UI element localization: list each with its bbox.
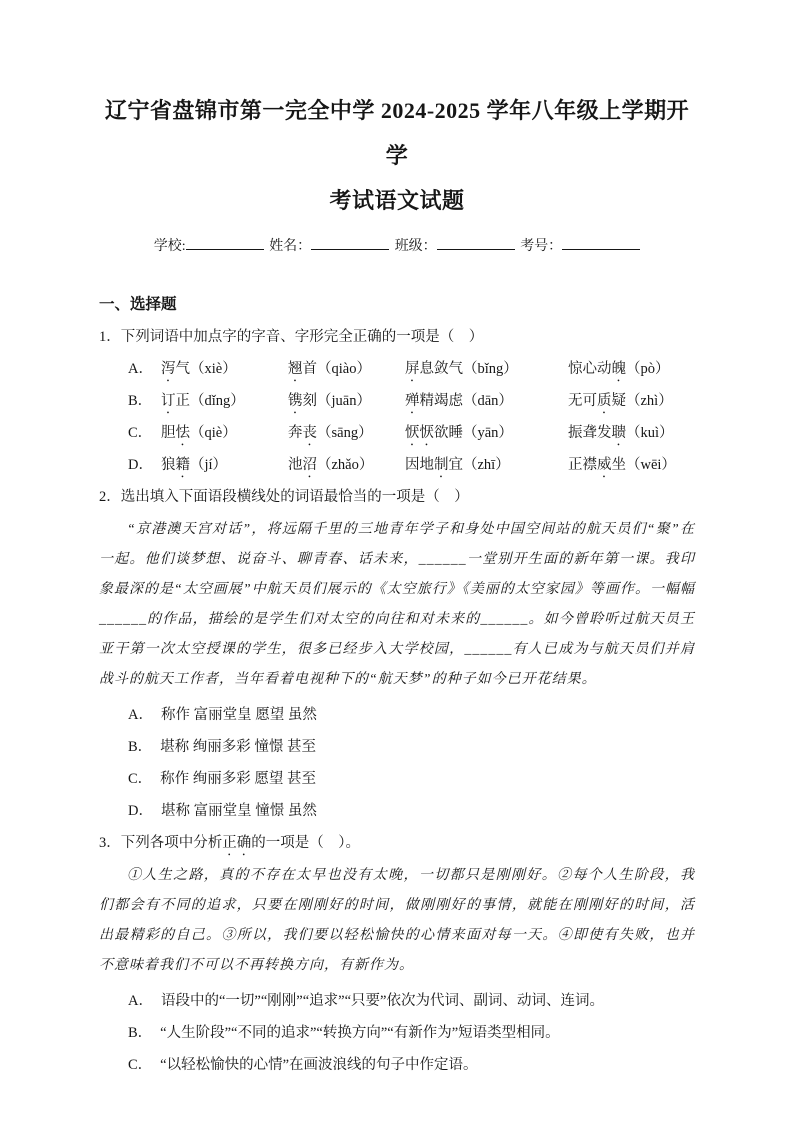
option-word: 池沼（zhǎo）	[288, 449, 405, 481]
question-3-stem: 3．下列各项中分析正确的一项是（ ）。	[99, 827, 695, 859]
question-2-option-b: B．堪称 绚丽多彩 憧憬 甚至	[99, 731, 695, 763]
option-text: 称作 绚丽多彩 愿望 甚至	[160, 771, 316, 787]
name-blank	[311, 235, 389, 250]
question-3-passage: ①人生之路，真的不存在太早也没有太晚，一切都只是刚刚好。②每个人生阶段，我们都会…	[99, 861, 695, 981]
option-label: A．	[128, 699, 153, 731]
school-field: 学校:	[154, 239, 264, 254]
option-word: 正襟威坐（wēi）	[568, 449, 695, 481]
question-2-stem: 2．选出填入下面语段横线处的词语最恰当的一项是（ ）	[99, 481, 695, 513]
option-word: 振聋发聩（kuì）	[568, 417, 695, 449]
option-text: 称作 富丽堂皇 愿望 虽然	[161, 707, 317, 723]
option-word: 屏息敛气（bǐng）	[405, 353, 568, 385]
student-info-line: 学校: 姓名： 班级： 考号：	[99, 235, 695, 259]
name-field: 姓名：	[269, 239, 389, 254]
option-label: C．	[128, 417, 161, 449]
option-word: 泻气（xiè）	[161, 353, 288, 385]
class-label: 班级：	[395, 239, 437, 254]
section-heading: 一、选择题	[99, 289, 695, 321]
exam-title-line2: 考试语文试题	[329, 188, 464, 213]
option-word: 订正（dǐng）	[161, 385, 288, 417]
option-label: A．	[128, 353, 161, 385]
option-text: 堪称 富丽堂皇 憧憬 虽然	[161, 803, 317, 819]
option-text: “人生阶段”“不同的追求”“转换方向”“有新作为”短语类型相同。	[160, 1025, 559, 1041]
option-label: C．	[128, 1049, 152, 1081]
option-word: 无可质疑（zhì）	[568, 385, 695, 417]
option-word: 恹恹欲睡（yān）	[405, 417, 568, 449]
question-1-stem: 1．下列词语中加点字的字音、字形完全正确的一项是（ ）	[99, 321, 695, 353]
school-label: 学校:	[154, 239, 186, 254]
option-label: B．	[128, 731, 152, 763]
class-blank	[437, 235, 515, 250]
exam-title: 辽宁省盘锦市第一完全中学 2024-2025 学年八年级上学期开学 考试语文试题	[99, 88, 695, 223]
option-label: D．	[128, 795, 153, 827]
question-3-option-b: B．“人生阶段”“不同的追求”“转换方向”“有新作为”短语类型相同。	[99, 1017, 695, 1049]
option-label: C．	[128, 763, 152, 795]
exam-number-field: 考号：	[520, 239, 640, 254]
class-field: 班级：	[395, 239, 515, 254]
option-label: B．	[128, 1017, 152, 1049]
question-1-option-d: D． 狼籍（jí） 池沼（zhǎo） 因地制宜（zhī） 正襟威坐（wēi）	[99, 449, 695, 481]
question-1-option-b: B． 订正（dǐng） 镌刻（juān） 殚精竭虑（dān） 无可质疑（zhì）	[99, 385, 695, 417]
question-2-option-d: D．堪称 富丽堂皇 憧憬 虽然	[99, 795, 695, 827]
question-3-option-c: C．“以轻松愉快的心情”在画波浪线的句子中作定语。	[99, 1049, 695, 1081]
exam-page: 辽宁省盘锦市第一完全中学 2024-2025 学年八年级上学期开学 考试语文试题…	[0, 0, 793, 1081]
exam-number-label: 考号：	[520, 239, 562, 254]
option-word: 因地制宜（zhī）	[405, 449, 568, 481]
option-word: 惊心动魄（pò）	[568, 353, 695, 385]
exam-title-line1: 辽宁省盘锦市第一完全中学 2024-2025 学年八年级上学期开学	[105, 98, 689, 168]
option-word: 殚精竭虑（dān）	[405, 385, 568, 417]
name-label: 姓名：	[269, 239, 311, 254]
option-word: 奔丧（sāng）	[288, 417, 405, 449]
question-1-option-c: C． 胆怯（qiè） 奔丧（sāng） 恹恹欲睡（yān） 振聋发聩（kuì）	[99, 417, 695, 449]
question-2-option-c: C．称作 绚丽多彩 愿望 甚至	[99, 763, 695, 795]
option-word: 胆怯（qiè）	[161, 417, 288, 449]
option-label: A．	[128, 985, 153, 1017]
option-label: B．	[128, 385, 161, 417]
option-word: 狼籍（jí）	[161, 449, 288, 481]
school-blank	[186, 235, 264, 250]
exam-number-blank	[562, 235, 640, 250]
option-word: 镌刻（juān）	[288, 385, 405, 417]
option-word: 翘首（qiào）	[288, 353, 405, 385]
question-1-option-a: A． 泻气（xiè） 翘首（qiào） 屏息敛气（bǐng） 惊心动魄（pò）	[99, 353, 695, 385]
option-label: D．	[128, 449, 161, 481]
option-text: “以轻松愉快的心情”在画波浪线的句子中作定语。	[160, 1057, 477, 1073]
question-3-option-a: A．语段中的“一切”“刚刚”“追求”“只要”依次为代词、副词、动词、连词。	[99, 985, 695, 1017]
option-text: 堪称 绚丽多彩 憧憬 甚至	[160, 739, 316, 755]
question-2-passage: “京港澳天宫对话”，将远隔千里的三地青年学子和身处中国空间站的航天员们“聚”在一…	[99, 515, 695, 695]
option-text: 语段中的“一切”“刚刚”“追求”“只要”依次为代词、副词、动词、连词。	[161, 993, 604, 1009]
question-2-option-a: A．称作 富丽堂皇 愿望 虽然	[99, 699, 695, 731]
